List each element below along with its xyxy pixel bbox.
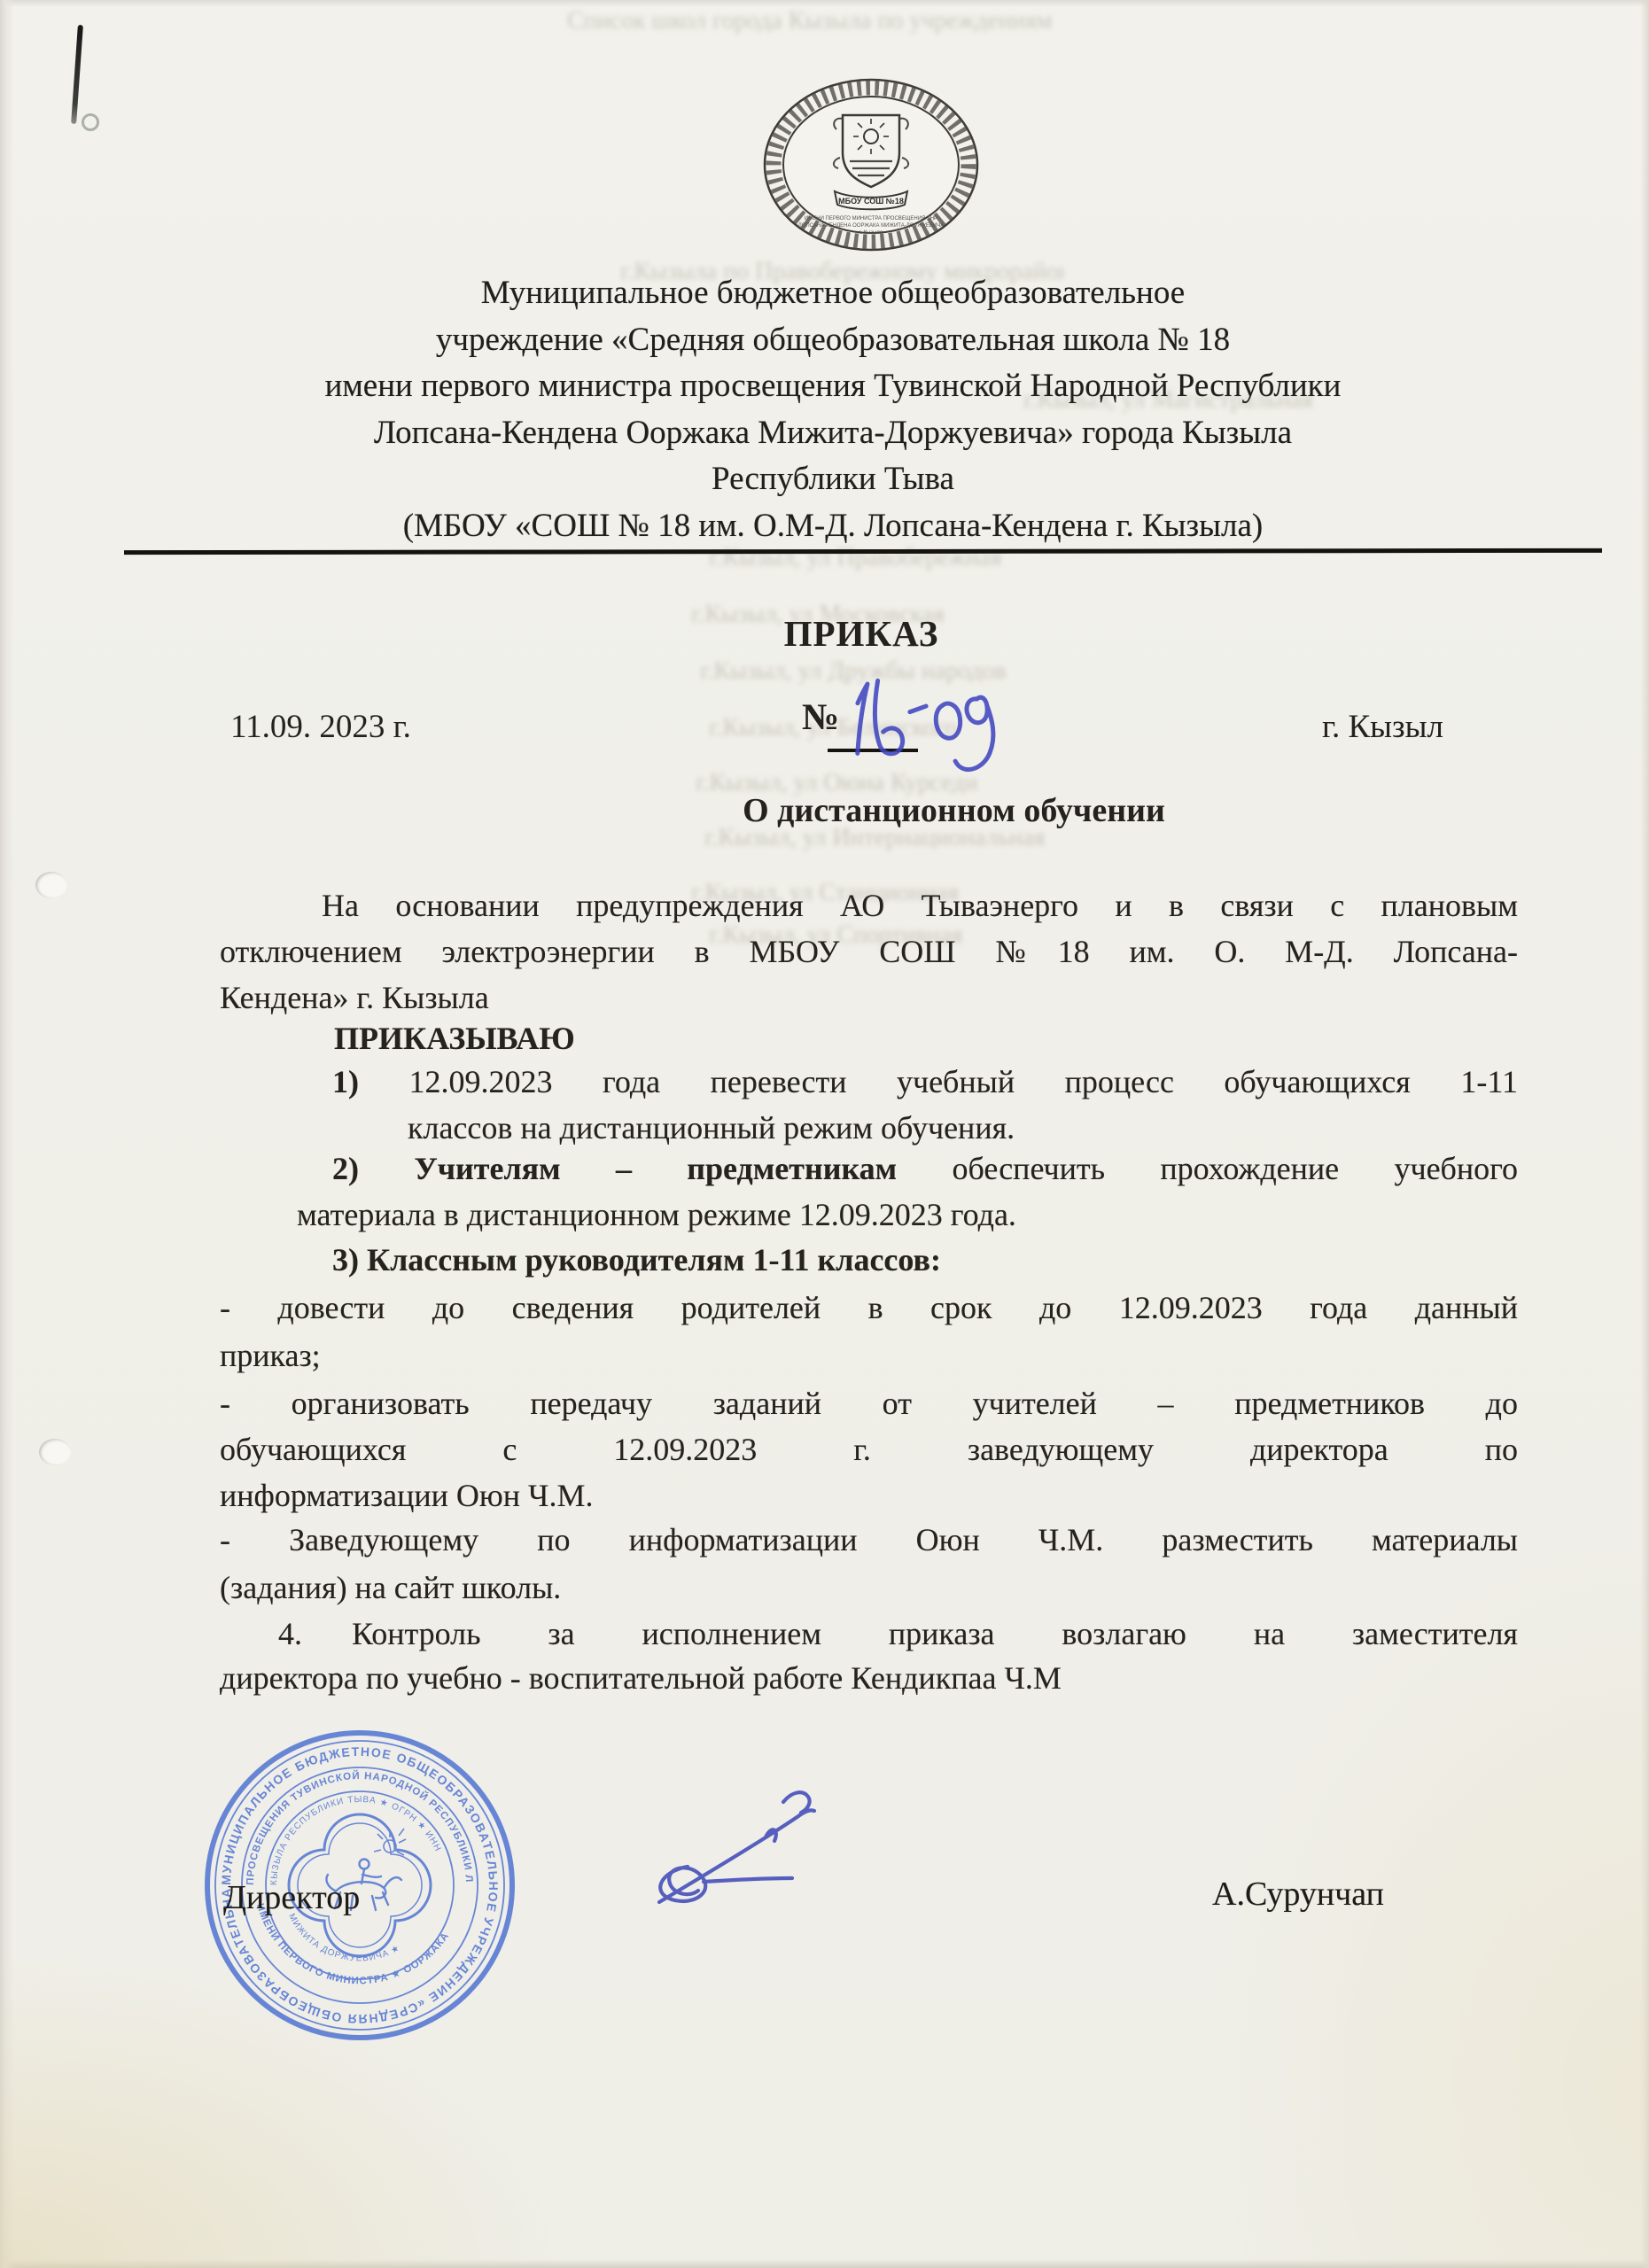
order-date: 11.09. 2023 г. [230, 708, 411, 746]
order-subitem-dash-1-cont: приказ; [220, 1334, 1518, 1377]
emblem-caption-line: ЛОПСАНА-КЕНДЕНА ООРЖАКА МИЖИТА-ДОРЖУЕВИЧ… [798, 223, 944, 229]
order-subitem-dash-3-cont: (задания) на сайт школы. [220, 1566, 1518, 1609]
signer-name: А.Сурунчап [1212, 1875, 1384, 1914]
punch-hole [39, 1439, 71, 1465]
body-line: Кендена» г. Кызыла [220, 976, 1518, 1019]
svg-text:МИЖИТА ДОРЖУЕВИЧА ★: МИЖИТА ДОРЖУЕВИЧА ★ [286, 1912, 401, 1963]
prikazyvayu-heading: ПРИКАЗЫВАЮ [220, 1017, 1632, 1060]
handwritten-order-number [820, 666, 997, 790]
emblem-ribbon-text: МБОУ СОШ №18 [838, 197, 904, 206]
letterhead-line: Республики Тыва [71, 456, 1595, 503]
order-item-2-cont: материала в дистанционном режиме 12.09.2… [220, 1193, 1595, 1236]
body-line: На основании предупреждения АО Тываэнерг… [220, 884, 1518, 927]
order-item-4-cont: директора по учебно - воспитательной раб… [220, 1657, 1518, 1699]
item-marker: 2) [332, 1151, 359, 1186]
stamp-ring3-bottom-text: МИЖИТА ДОРЖУЕВИЧА ★ [286, 1912, 401, 1963]
order-item-3: 3) Классным руководителям 1-11 классов: [220, 1239, 1630, 1281]
order-item-4: 4.Контроль за исполнением приказа возлаг… [220, 1612, 1518, 1655]
letterhead-line: (МБОУ «СОШ № 18 им. О.М-Д. Лопсана-Кенде… [71, 503, 1595, 550]
order-subject: О дистанционном обучении [220, 791, 1603, 830]
director-label: Директор [223, 1878, 360, 1917]
order-subitem-dash-3: - Заведующему по информатизации Оюн Ч.М.… [220, 1518, 1518, 1561]
letterhead-line: имени первого министра просвещения Тувин… [71, 363, 1595, 410]
order-item-1: 1) 12.09.2023 года перевести учебный про… [220, 1060, 1518, 1103]
emblem-caption-line: г. Кызыла [860, 230, 883, 236]
letterhead-line: Лопсана-Кендена Ооржака Мижита-Доржуевич… [71, 410, 1595, 457]
order-item-1-cont: классов на дистанционный режим обучения. [220, 1107, 1649, 1149]
order-title: ПРИКАЗ [728, 612, 994, 655]
scanned-order-page: Список школ города Кызыла по учреждениям… [0, 0, 1649, 2268]
order-subitem-dash-1: - довести до сведения родителей в срок д… [220, 1286, 1518, 1329]
director-signature [634, 1783, 883, 1924]
school-emblem: МБОУ СОШ №18 ИМЕНИ ПЕРВОГО МИНИСТРА ПРОС… [758, 73, 984, 257]
letterhead-line: учреждение «Средняя общеобразовательная … [71, 317, 1595, 364]
item-marker: 4. [278, 1616, 302, 1651]
order-subitem-dash-2-cont: обучающихся с 12.09.2023 г. заведующему … [220, 1428, 1518, 1471]
body-line: отключением электроэнергии в МБОУ СОШ №1… [220, 930, 1518, 973]
item-marker: 3) [332, 1242, 359, 1278]
letterhead-line: Муниципальное бюджетное общеобразователь… [71, 270, 1595, 317]
order-city: г. Кызыл [1322, 708, 1443, 746]
bleed-through-line: Список школ города Кызыла по учреждениям [567, 7, 1063, 35]
svg-text:КЫЗЫЛА РЕСПУБЛИКИ ТЫВА ★ ОГРН: КЫЗЫЛА РЕСПУБЛИКИ ТЫВА ★ ОГРН ★ ИНН [269, 1795, 443, 1885]
item-marker: 1) [332, 1064, 359, 1099]
staple-mark [71, 25, 83, 124]
emblem-caption-line: ИМЕНИ ПЕРВОГО МИНИСТРА ПРОСВЕЩЕНИЯ ТНР [805, 216, 937, 221]
order-subitem-dash-2-cont2: информатизации Оюн Ч.М. [220, 1474, 1518, 1517]
stamp-ring3-top-text: КЫЗЫЛА РЕСПУБЛИКИ ТЫВА ★ ОГРН ★ ИНН [269, 1795, 443, 1885]
order-subitem-dash-2: - организовать передачу заданий от учите… [220, 1382, 1518, 1425]
staple-mark-end [82, 113, 99, 131]
order-item-2: 2) Учителям – предметникам обеспечить пр… [220, 1147, 1518, 1190]
letterhead: Муниципальное бюджетное общеобразователь… [71, 270, 1595, 549]
punch-hole [35, 872, 67, 898]
